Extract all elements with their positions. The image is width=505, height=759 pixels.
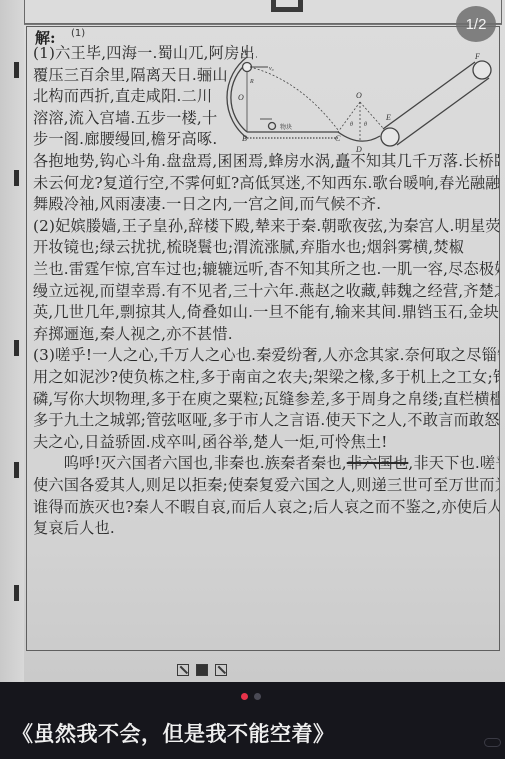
worksheet-photo[interactable]: 解: (1) (1)六王毕,四海一.蜀山兀,阿房出. 覆压三百余里,隔离天日.骊…: [0, 0, 505, 682]
label-D: D: [355, 145, 362, 154]
handwriting-line: 缦立远视,而望幸焉.有不见者,三十六年.燕赵之收藏,韩魏之经营,齐楚之精: [33, 281, 499, 303]
scan-marker-icon: [196, 664, 208, 676]
post-caption: 《虽然我不会，但是我不能空着》: [12, 718, 335, 748]
handwriting-line: 弃掷逦迤,秦人视之,亦不甚惜.: [33, 324, 499, 346]
scan-markers: [177, 664, 227, 676]
expand-toggle-icon[interactable]: [484, 738, 501, 747]
label-C: C: [335, 134, 341, 143]
carousel-dot[interactable]: [254, 693, 261, 700]
label-O-top: O: [356, 91, 362, 100]
closing-suffix: ,非天下也.嗟乎!: [408, 454, 499, 472]
handwriting-line: 舞殿冷袖,风雨凄凄.一日之内,一宫之间,而气候不齐.: [33, 194, 499, 216]
handwriting-line: 夫之心,日益骄固.戍卒叫,函谷举,楚人一炬,可怜焦土!: [33, 432, 499, 454]
binding-mark: [14, 340, 19, 356]
struck-through-text: 非六国也: [347, 454, 409, 472]
physics-diagram: A B O R v₀ 物块 C D O θ θ E F: [220, 40, 505, 160]
binding-mark: [14, 462, 19, 478]
label-B: B: [242, 134, 247, 143]
label-R: R: [249, 79, 254, 85]
scan-marker-icon: [215, 664, 227, 676]
label-theta-left: θ: [350, 122, 353, 128]
carousel-dot-active[interactable]: [241, 693, 248, 700]
handwriting-line: 英,几世几年,剽掠其人,倚叠如山.一旦不能有,输来其间.鼎铛玉石,金块珠砾,: [33, 302, 499, 324]
handwriting-line: 使六国各爱其人,则足以拒秦;使秦复爱六国之人,则递三世可至万世而为君,: [33, 475, 499, 497]
label-v0: v₀: [269, 66, 274, 72]
handwriting-line: 用之如泥沙?使负栋之柱,多于南亩之农夫;架梁之椽,多于机上之工女;钉头磷: [33, 367, 499, 389]
handwriting-line: 兰也.雷霆乍惊,宫车过也;辘辘远听,杳不知其所之也.一肌一容,尽态极妍,: [33, 259, 499, 281]
handwriting-line-closing: 呜呼!灭六国者六国也,非秦也.族秦者秦也,非六国也,非天下也.嗟乎!: [33, 453, 499, 475]
page-left-margin: [0, 0, 24, 682]
label-F: F: [474, 52, 480, 61]
carousel-dots[interactable]: [241, 693, 261, 700]
label-block: 物块: [280, 123, 292, 131]
handwriting-line: (2)妃嫔媵嫱,王子皇孙,辞楼下殿,辇来于秦.朝歌夜弦,为秦宫人.明星荧荧,: [33, 216, 499, 238]
caption-bar: 《虽然我不会，但是我不能空着》: [0, 682, 505, 759]
handwriting-line: 开妆镜也;绿云扰扰,梳晓鬟也;渭流涨腻,弃脂水也;烟斜雾横,焚椒: [33, 237, 499, 259]
handwriting-block-main: 各抱地势,钩心斗角.盘盘焉,囷囷焉,蜂房水涡,矗不知其几千万落.长桥卧波, 未云…: [33, 151, 499, 540]
scan-marker-icon: [177, 664, 189, 676]
label-O-left: O: [238, 93, 244, 102]
handwriting-line: 谁得而族灭也?秦人不暇自哀,而后人哀之;后人哀之而不鉴之,亦使后人而: [33, 497, 499, 519]
closing-prefix: 呜呼!灭六国者六国也,非秦也.族秦者秦也,: [33, 454, 347, 472]
binding-mark: [14, 62, 19, 78]
label-E: E: [385, 113, 391, 122]
section-marker: [271, 0, 303, 12]
label-theta-right: θ: [364, 122, 367, 128]
question-number: (1): [71, 28, 85, 39]
label-A: A: [241, 48, 247, 57]
handwriting-line: (3)嗟乎!一人之心,千万人之心也.秦爱纷奢,人亦念其家.奈何取之尽锱铢,: [33, 345, 499, 367]
binding-mark: [14, 170, 19, 186]
handwriting-line: 复哀后人也.: [33, 518, 499, 540]
handwriting-line: 磷,写你大坝物理,多于在庾之粟粒;瓦缝参差,多于周身之帛缕;直栏横槛,: [33, 389, 499, 411]
binding-mark: [14, 585, 19, 601]
handwriting-line: 多于九土之城郭;管弦呕哑,多于市人之言语.使天下之人,不敢言而敢怒.独: [33, 410, 499, 432]
page-indicator-badge: 1/2: [456, 6, 496, 42]
handwriting-line: 未云何龙?复道行空,不霁何虹?高低冥迷,不知西东.歌台暖响,春光融融;: [33, 173, 499, 195]
previous-answer-box: [24, 0, 502, 24]
